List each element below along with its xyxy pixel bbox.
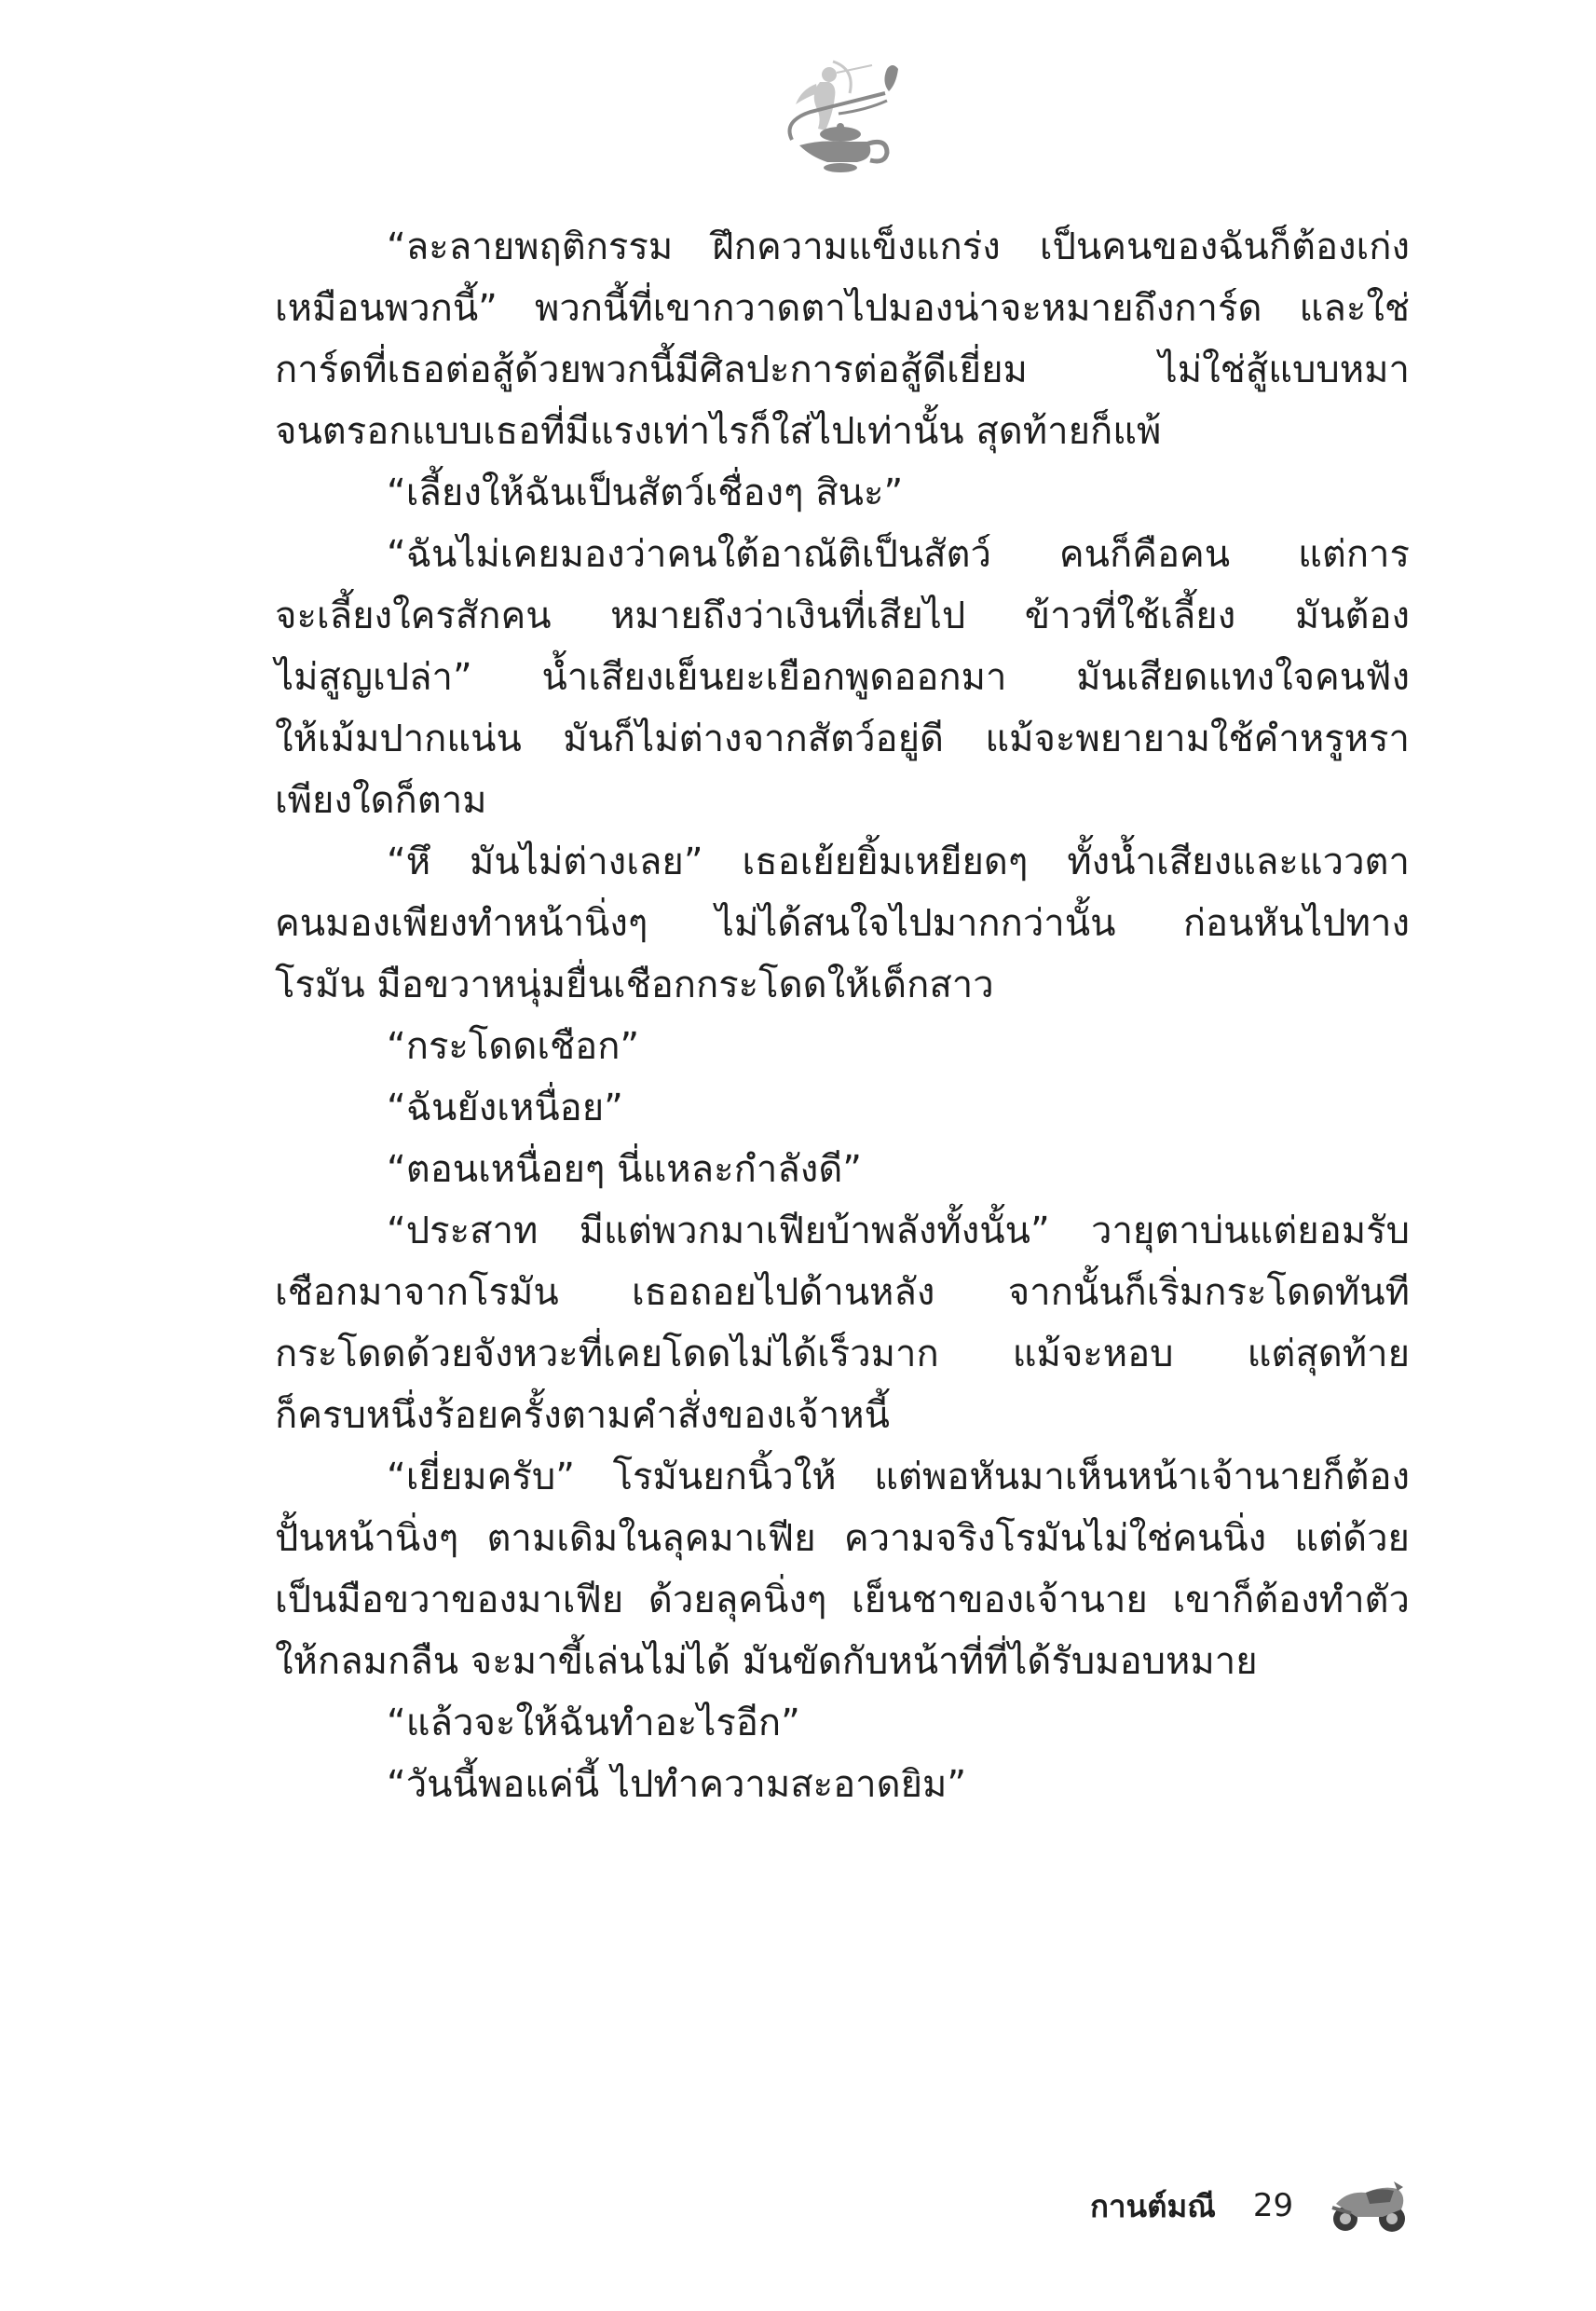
text-line: “ฉันไม่เคยมองว่าคนใต้อาณัติเป็นสัตว์ คนก… [275,524,1410,585]
text-line: เพียงใดก็ตาม [275,770,1410,831]
page-number: 29 [1253,2187,1293,2224]
text-line: ให้กลมกลืน จะมาขี้เล่นไม่ได้ มันขัดกับหน… [275,1631,1410,1692]
cupid-genie-lamp-icon [783,56,904,172]
page-footer: กานต์มณี 29 [1090,2176,1409,2236]
text-line: “ตอนเหนื่อยๆ นี่แหละกำลังดี” [275,1139,1410,1200]
text-line: เป็นมือขวาของมาเฟีย ด้วยลุคนิ่งๆ เย็นชาข… [275,1569,1410,1631]
text-line: เชือกมาจากโรมัน เธอถอยไปด้านหลัง จากนั้น… [275,1262,1410,1323]
chapter-body-text: “ละลายพฤติกรรม ฝึกความแข็งแกร่ง เป็นคนขอ… [275,216,1410,1815]
text-line: การ์ดที่เธอต่อสู้ด้วยพวกนี้มีศิลปะการต่อ… [275,339,1410,401]
text-line: “ประสาท มีแต่พวกมาเฟียบ้าพลังทั้งนั้น” ว… [275,1200,1410,1262]
text-line: ให้เม้มปากแน่น มันก็ไม่ต่างจากสัตว์อยู่ด… [275,708,1410,770]
text-line: “เยี่ยมครับ” โรมันยกนิ้วให้ แต่พอหันมาเห… [275,1446,1410,1508]
text-line: โรมัน มือขวาหนุ่มยื่นเชือกกระโดดให้เด็กส… [275,954,1410,1016]
text-line: กระโดดด้วยจังหวะที่เคยโดดไม่ได้เร็วมาก แ… [275,1323,1410,1385]
text-line: “แล้วจะให้ฉันทำอะไรอีก” [275,1692,1410,1754]
text-line: คนมองเพียงทำหน้านิ่งๆ ไม่ได้สนใจไปมากกว่… [275,893,1410,954]
text-line: “เลี้ยงให้ฉันเป็นสัตว์เชื่องๆ สินะ” [275,462,1410,524]
text-line: “ละลายพฤติกรรม ฝึกความแข็งแกร่ง เป็นคนขอ… [275,216,1410,278]
book-title: กานต์มณี [1090,2181,1216,2231]
text-line: จนตรอกแบบเธอที่มีแรงเท่าไรก็ใส่ไปเท่านั้… [275,401,1410,462]
text-line: “หึ มันไม่ต่างเลย” เธอเย้ยยิ้มเหยียดๆ ทั… [275,831,1410,893]
motorcycle-icon [1329,2176,1409,2236]
text-line: เหมือนพวกนี้” พวกนี้ที่เขากวาดตาไปมองน่า… [275,278,1410,339]
text-line: ไม่สูญเปล่า” น้ำเสียงเย็นยะเยือกพูดออกมา… [275,647,1410,708]
text-line: ก็ครบหนึ่งร้อยครั้งตามคำสั่งของเจ้าหนี้ [275,1385,1410,1446]
text-line: จะเลี้ยงใครสักคน หมายถึงว่าเงินที่เสียไป… [275,585,1410,647]
text-line: ปั้นหน้านิ่งๆ ตามเดิมในลุคมาเฟีย ความจริ… [275,1508,1410,1569]
text-line: “วันนี้พอแค่นี้ ไปทำความสะอาดยิม” [275,1754,1410,1815]
text-line: “กระโดดเชือก” [275,1016,1410,1077]
text-line: “ฉันยังเหนื่อย” [275,1077,1410,1139]
